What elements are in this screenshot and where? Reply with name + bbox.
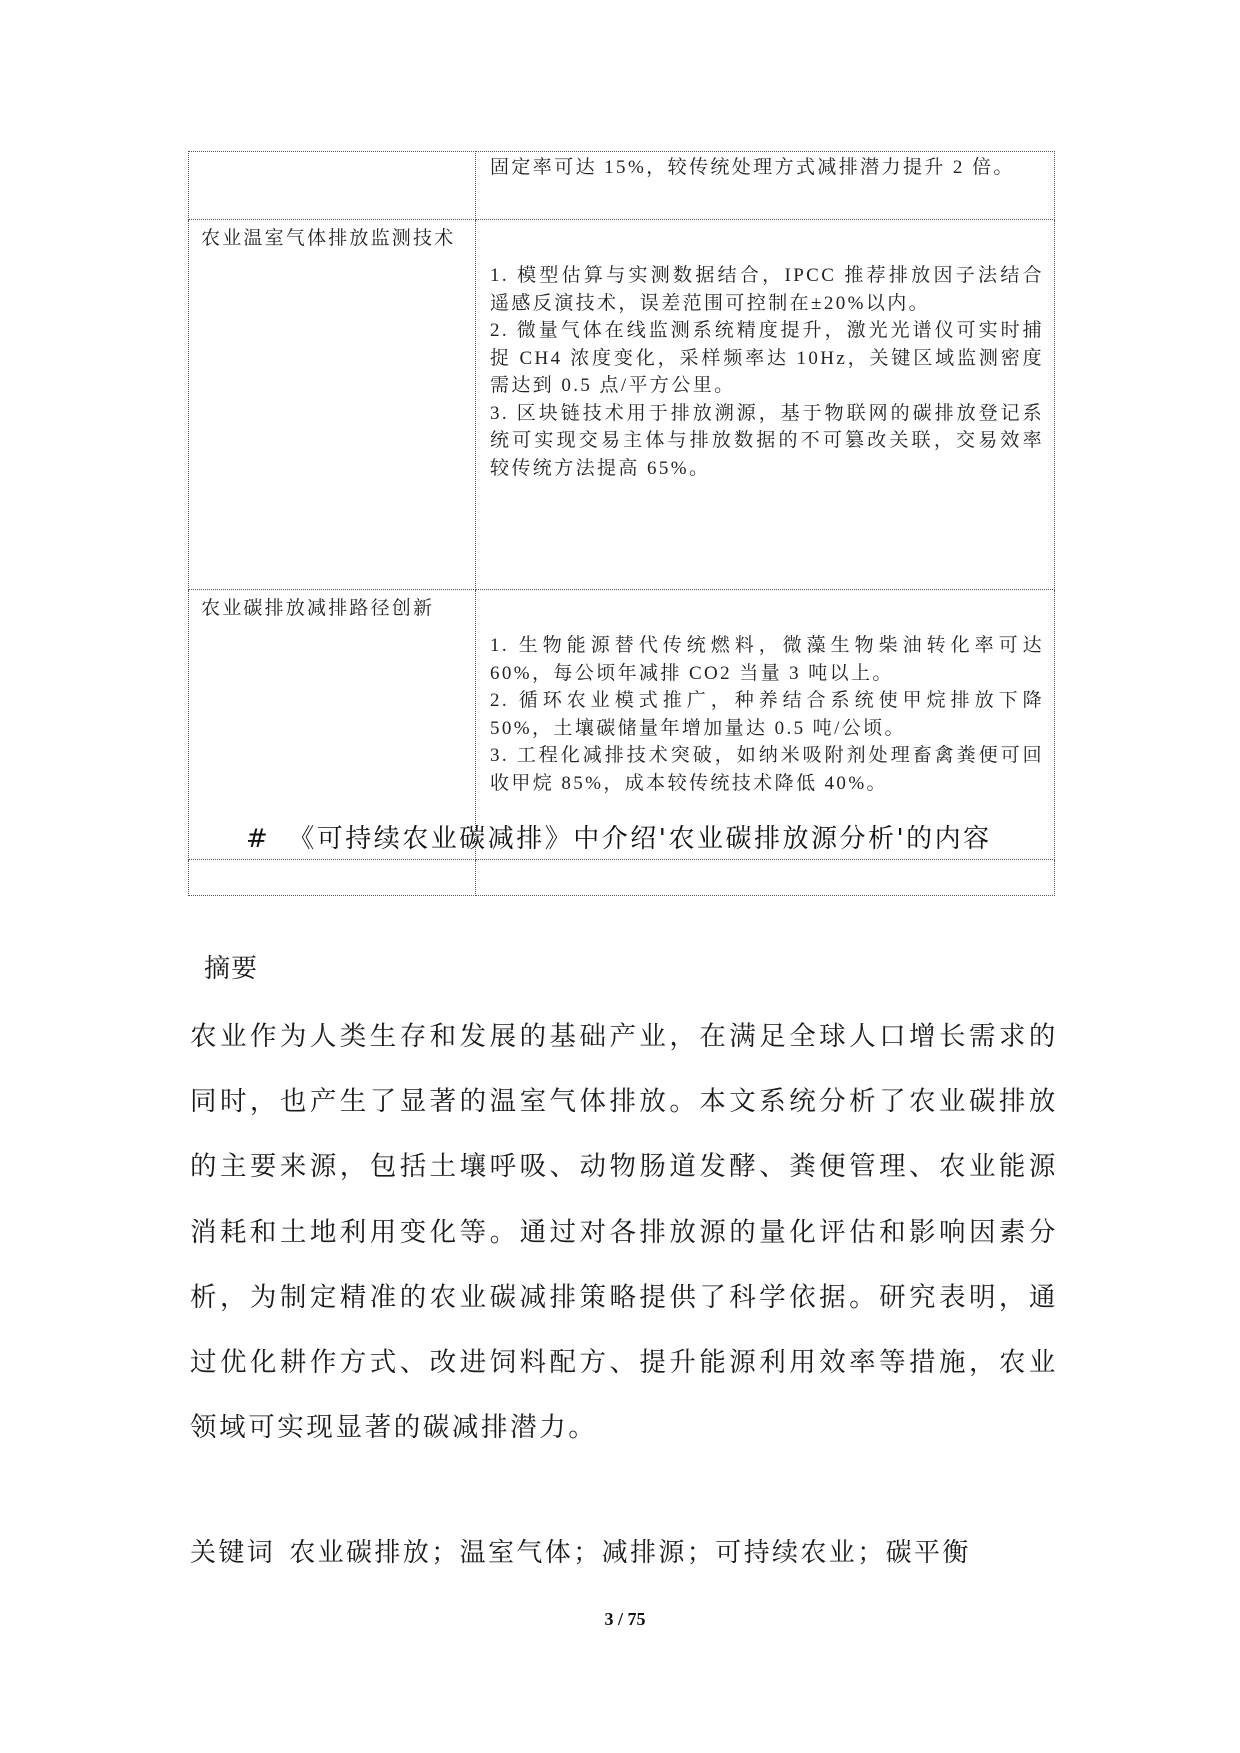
table-category-cell: 农业温室气体排放监测技术 <box>189 220 476 590</box>
table-category-cell: 农业碳排放减排路径创新 <box>189 590 476 860</box>
detail-item: 1. 模型估算与实测数据结合，IPCC 推荐排放因子法结合遥感反演技术，误差范围… <box>490 262 1044 317</box>
abstract-title: 摘要 <box>204 950 258 988</box>
detail-item: 3. 工程化减排技术突破，如纳米吸附剂处理畜禽粪便可回收甲烷 85%，成本较传统… <box>490 742 1044 797</box>
section-heading: #《可持续农业碳减排》中介绍'农业碳排放源分析'的内容 <box>246 820 1046 858</box>
table-row: 固定率可达 15%，较传统处理方式减排潜力提升 2 倍。 <box>189 152 1055 220</box>
document-page: 固定率可达 15%，较传统处理方式减排潜力提升 2 倍。 农业温室气体排放监测技… <box>0 0 1240 1753</box>
table-category-cell <box>189 152 476 220</box>
keywords-line: 关键词农业碳排放；温室气体；减排源；可持续农业；碳平衡 <box>190 1534 1070 1572</box>
table-detail-cell: 固定率可达 15%，较传统处理方式减排潜力提升 2 倍。 <box>476 152 1055 220</box>
table-category-cell <box>189 860 476 896</box>
detail-item: 固定率可达 15%，较传统处理方式减排潜力提升 2 倍。 <box>490 154 1044 182</box>
detail-item: 2. 循环农业模式推广，种养结合系统使甲烷排放下降 50%，土壤碳储量年增加量达… <box>490 687 1044 742</box>
heading-hash-mark: # <box>246 824 270 854</box>
page-number: 3 / 75 <box>0 1607 1240 1631</box>
table-row-empty <box>189 860 1055 896</box>
heading-text: 《可持续农业碳减排》中介绍'农业碳排放源分析'的内容 <box>288 824 991 854</box>
keywords-text: 农业碳排放；温室气体；减排源；可持续农业；碳平衡 <box>289 1538 971 1568</box>
table-detail-cell: 1. 生物能源替代传统燃料，微藻生物柴油转化率可达 60%，每公顷年减排 CO2… <box>476 590 1055 860</box>
detail-item: 3. 区块链技术用于排放溯源，基于物联网的碳排放登记系统可实现交易主体与排放数据… <box>490 400 1044 483</box>
table-row: 农业温室气体排放监测技术 1. 模型估算与实测数据结合，IPCC 推荐排放因子法… <box>189 220 1055 590</box>
table-row: 农业碳排放减排路径创新 1. 生物能源替代传统燃料，微藻生物柴油转化率可达 60… <box>189 590 1055 860</box>
detail-item: 2. 微量气体在线监测系统精度提升，激光光谱仪可实时捕捉 CH4 浓度变化，采样… <box>490 317 1044 400</box>
technology-table: 固定率可达 15%，较传统处理方式减排潜力提升 2 倍。 农业温室气体排放监测技… <box>188 151 1055 896</box>
abstract-paragraph: 农业作为人类生存和发展的基础产业，在满足全球人口增长需求的同时，也产生了显著的温… <box>190 1004 1058 1460</box>
detail-item: 1. 生物能源替代传统燃料，微藻生物柴油转化率可达 60%，每公顷年减排 CO2… <box>490 632 1044 687</box>
keywords-label: 关键词 <box>190 1538 275 1568</box>
table-detail-cell <box>476 860 1055 896</box>
table-detail-cell: 1. 模型估算与实测数据结合，IPCC 推荐排放因子法结合遥感反演技术，误差范围… <box>476 220 1055 590</box>
